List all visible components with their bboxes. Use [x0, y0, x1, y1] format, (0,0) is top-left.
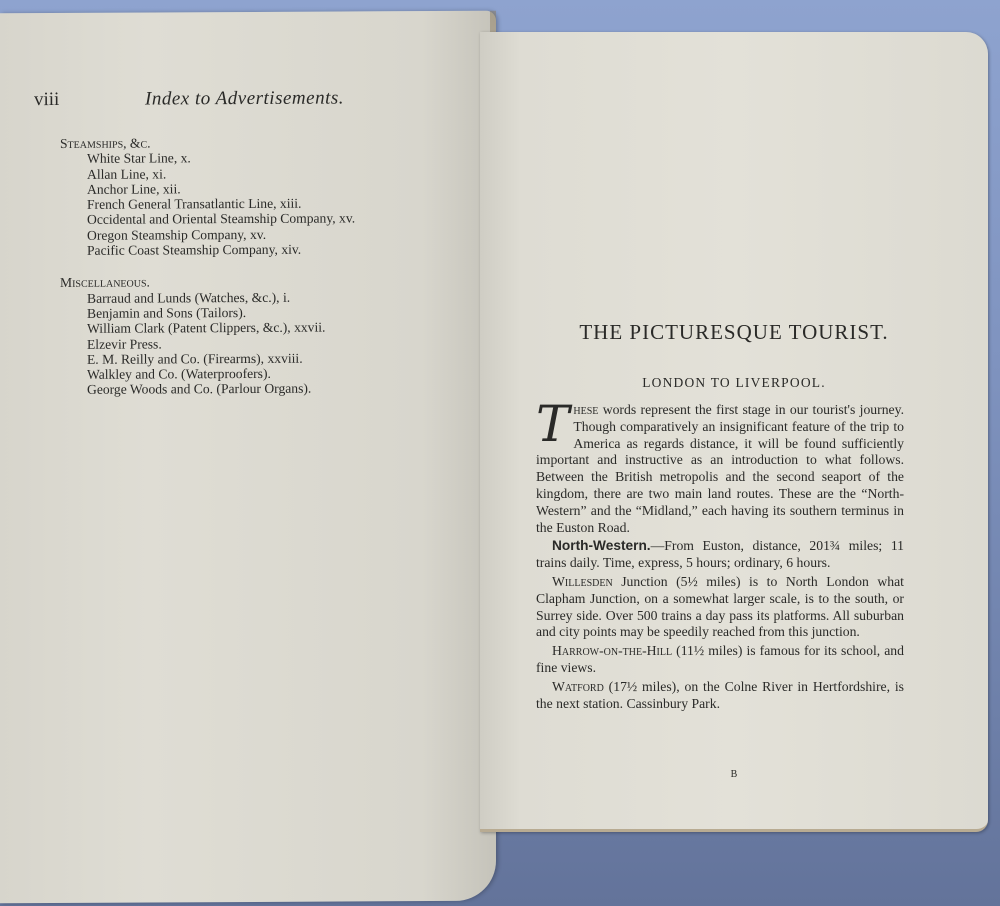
paragraph-north-western: North-Western.—From Euston, distance, 20…	[536, 538, 904, 572]
index-entry: William Clark (Patent Clippers, &c.), xx…	[87, 320, 355, 337]
section-heading-miscellaneous: Miscellaneous.	[60, 274, 355, 291]
advertisement-index: Steamships, &c. White Star Line, x. Alla…	[60, 134, 355, 397]
index-entry: George Woods and Co. (Parlour Organs).	[87, 381, 355, 398]
intro-paragraph: These words represent the first stage in…	[536, 402, 904, 536]
index-entry: French General Transatlantic Line, xiii.	[87, 196, 355, 213]
index-entry: Walkley and Co. (Waterproofers).	[87, 366, 355, 383]
signature-mark: B	[480, 769, 988, 780]
running-head: viii Index to Advertisements.	[34, 87, 344, 111]
paragraph-lead: Watford	[552, 679, 604, 694]
paragraph-lead: North-Western.	[552, 538, 651, 553]
index-entry: Elzevir Press.	[87, 335, 355, 352]
index-entry: Oregon Steamship Company, xv.	[87, 226, 355, 243]
index-entry: Allan Line, xi.	[87, 165, 355, 182]
intro-text: words represent the first stage in our t…	[536, 402, 904, 535]
left-page: viii Index to Advertisements. Steamships…	[0, 11, 496, 904]
index-entry: Anchor Line, xii.	[87, 180, 355, 197]
index-entry: White Star Line, x.	[87, 150, 355, 167]
paragraph-lead: Willesden	[552, 574, 613, 589]
index-entry: E. M. Reilly and Co. (Firearms), xxviii.	[87, 350, 355, 367]
section-heading-steamships: Steamships, &c.	[60, 134, 355, 151]
right-page: THE PICTURESQUE TOURIST. LONDON TO LIVER…	[480, 32, 988, 832]
paragraph-willesden: Willesden Junction (5½ miles) is to Nort…	[536, 574, 904, 641]
index-entry: Pacific Coast Steamship Company, xiv.	[87, 242, 355, 259]
paragraph-watford: Watford (17½ miles), on the Colne River …	[536, 679, 904, 713]
running-title: Index to Advertisements.	[145, 87, 344, 110]
section-subtitle: LONDON TO LIVERPOOL.	[480, 375, 988, 391]
first-word: hese	[573, 402, 598, 417]
index-entry: Occidental and Oriental Steamship Compan…	[87, 211, 355, 228]
body-text: These words represent the first stage in…	[536, 402, 904, 712]
dropcap-ornament: T	[536, 404, 569, 444]
page-number: viii	[34, 89, 59, 111]
chapter-title: THE PICTURESQUE TOURIST.	[480, 320, 988, 345]
index-entry: Barraud and Lunds (Watches, &c.), i.	[87, 289, 355, 306]
index-entry: Benjamin and Sons (Tailors).	[87, 304, 355, 321]
paragraph-harrow: Harrow-on-the-Hill (11½ miles) is famous…	[536, 643, 904, 677]
paragraph-lead: Harrow-on-the-Hill	[552, 643, 672, 658]
